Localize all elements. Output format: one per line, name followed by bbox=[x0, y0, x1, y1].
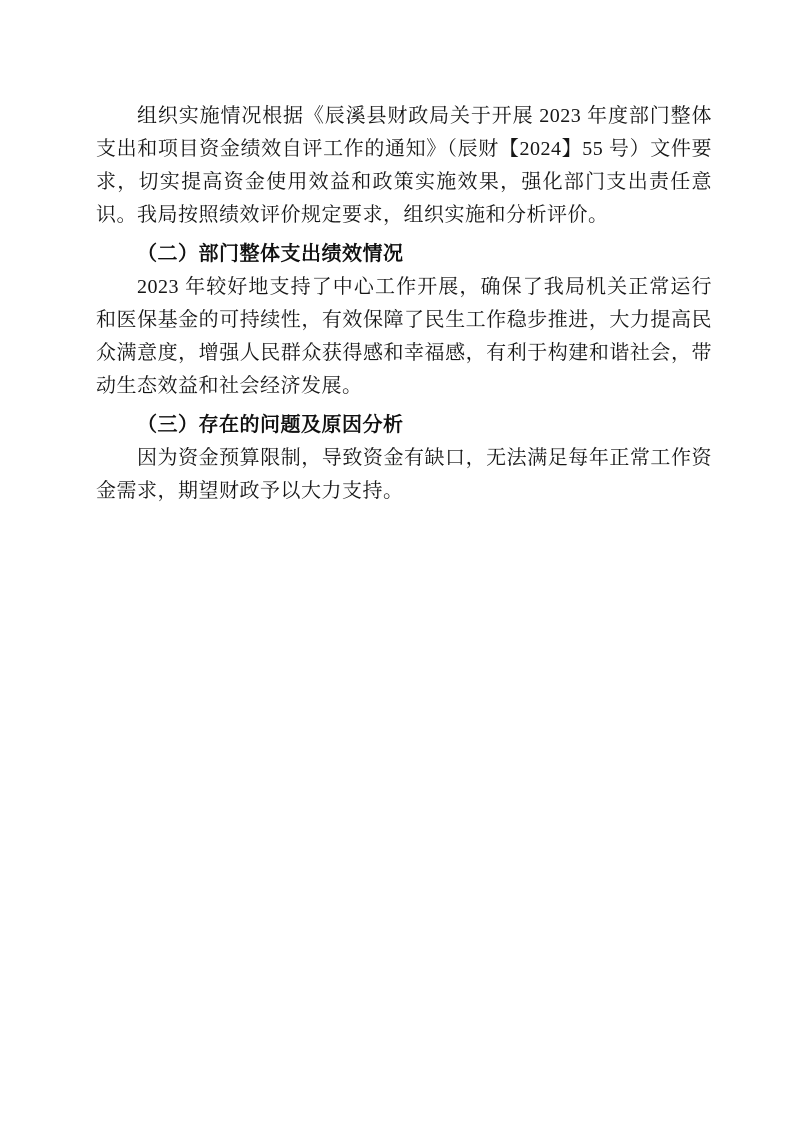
paragraph-section-ii-body: 2023 年较好地支持了中心工作开展，确保了我局机关正常运行和医保基金的可持续性… bbox=[96, 271, 712, 403]
heading-section-iii-problems-and-cause-analysis: （三）存在的问题及原因分析 bbox=[96, 409, 712, 442]
paragraph-section-iii-body: 因为资金预算限制，导致资金有缺口，无法满足每年正常工作资金需求，期望财政予以大力… bbox=[96, 442, 712, 508]
document-page: 组织实施情况根据《辰溪县财政局关于开展 2023 年度部门整体支出和项目资金绩效… bbox=[0, 0, 793, 1122]
document-body: 组织实施情况根据《辰溪县财政局关于开展 2023 年度部门整体支出和项目资金绩效… bbox=[96, 100, 712, 508]
heading-section-ii-overall-expenditure-performance: （二）部门整体支出绩效情况 bbox=[96, 238, 712, 271]
paragraph-organization-implementation: 组织实施情况根据《辰溪县财政局关于开展 2023 年度部门整体支出和项目资金绩效… bbox=[96, 100, 712, 232]
